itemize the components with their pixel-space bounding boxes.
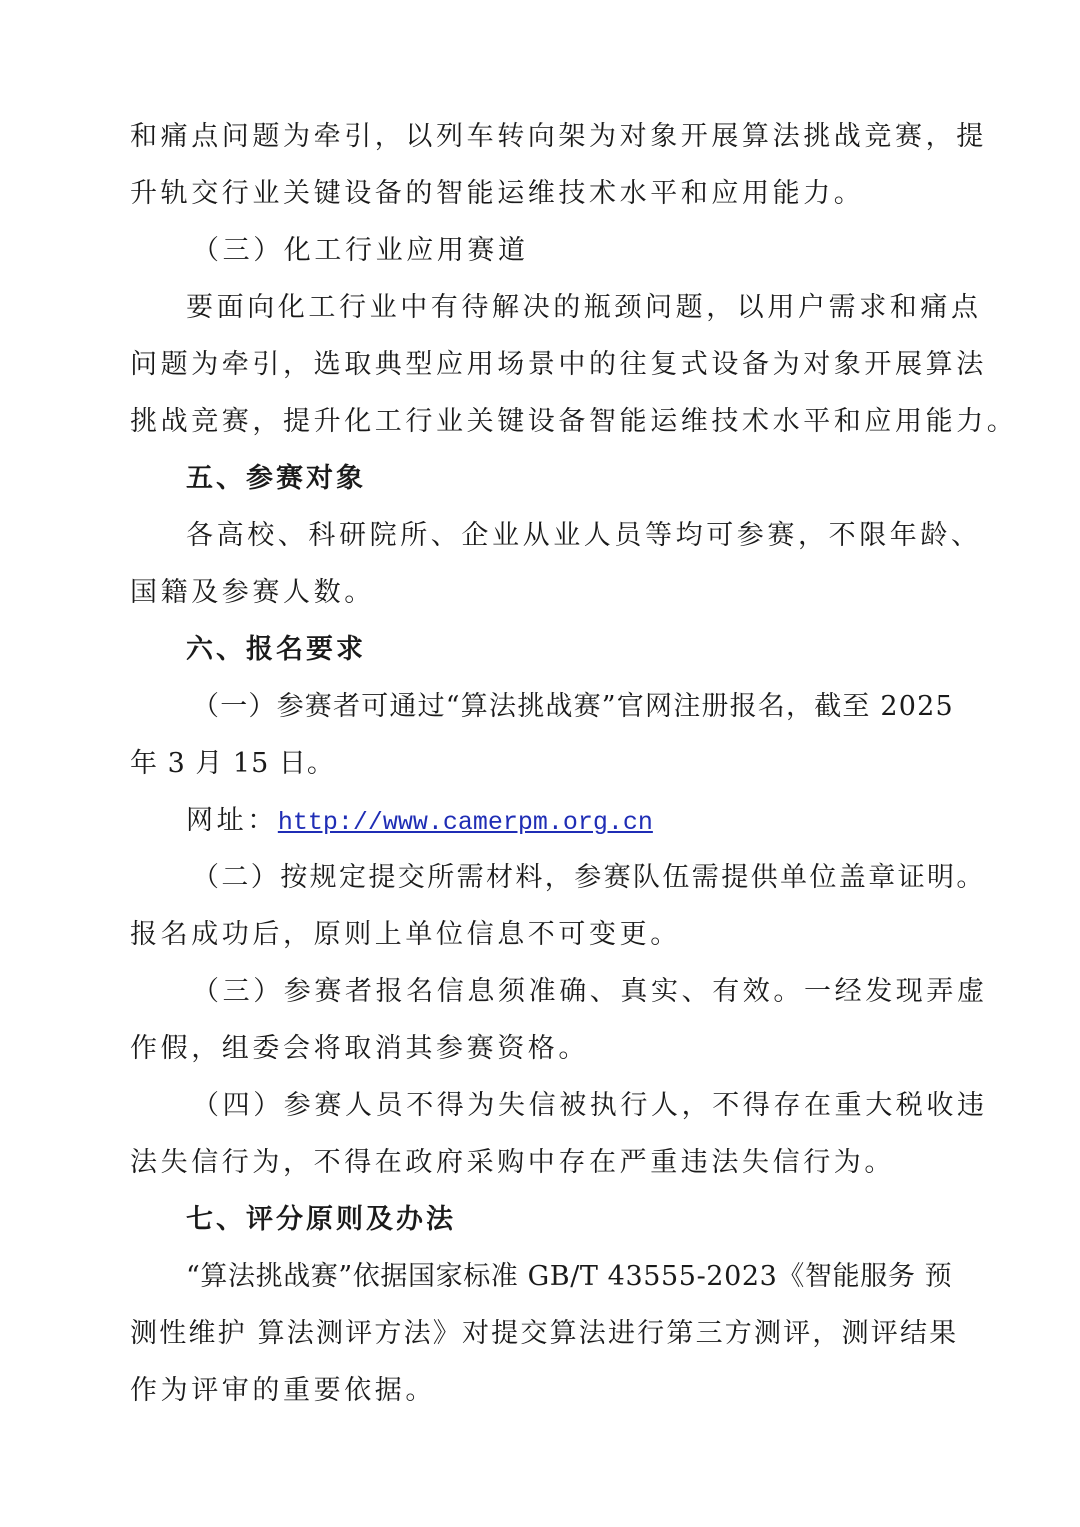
paragraph-line: 要面向化工行业中有待解决的瓶颈问题，以用户需求和痛点	[186, 288, 982, 328]
paragraph-line: 作为评审的重要依据。	[130, 1371, 436, 1411]
website-row: 网址：http://www.camerpm.org.cn	[186, 801, 653, 841]
section-heading-participants: 五、参赛对象	[186, 459, 366, 499]
paragraph-line: 国籍及参赛人数。	[130, 573, 375, 613]
paragraph-line: 年 3 月 15 日。	[130, 744, 335, 784]
paragraph-line: 挑战竞赛，提升化工行业关键设备智能运维技术水平和应用能力。	[130, 402, 1017, 442]
paragraph-line: “算法挑战赛”依据国家标准 GB/T 43555-2023《智能服务 预	[186, 1257, 952, 1297]
website-link[interactable]: http://www.camerpm.org.cn	[278, 808, 653, 837]
paragraph-line: 法失信行为，不得在政府采购中存在严重违法失信行为。	[130, 1143, 895, 1183]
website-label: 网址：	[186, 805, 278, 836]
subheading-chemical-track: （三）化工行业应用赛道	[192, 231, 529, 271]
paragraph-line: （四）参赛人员不得为失信被执行人，不得存在重大税收违	[192, 1086, 988, 1126]
section-heading-registration: 六、报名要求	[186, 630, 366, 670]
paragraph-line: 问题为牵引，选取典型应用场景中的往复式设备为对象开展算法	[130, 345, 987, 385]
paragraph-line: 升轨交行业关键设备的智能运维技术水平和应用能力。	[130, 174, 864, 214]
paragraph-line: （三）参赛者报名信息须准确、真实、有效。一经发现弄虚	[192, 972, 988, 1012]
paragraph-line: 各高校、科研院所、企业从业人员等均可参赛，不限年龄、	[186, 516, 982, 556]
paragraph-line: 报名成功后，原则上单位信息不可变更。	[130, 915, 681, 955]
paragraph-line: （二）按规定提交所需材料，参赛队伍需提供单位盖章证明。	[192, 858, 986, 898]
paragraph-line: （一）参赛者可通过“算法挑战赛”官网注册报名，截至 2025	[192, 687, 954, 727]
paragraph-line: 和痛点问题为牵引，以列车转向架为对象开展算法挑战竞赛，提	[130, 117, 987, 157]
paragraph-line: 作假，组委会将取消其参赛资格。	[130, 1029, 589, 1069]
paragraph-line: 测性维护 算法测评方法》对提交算法进行第三方测评，测评结果	[130, 1314, 958, 1354]
section-heading-scoring: 七、评分原则及办法	[186, 1200, 456, 1240]
